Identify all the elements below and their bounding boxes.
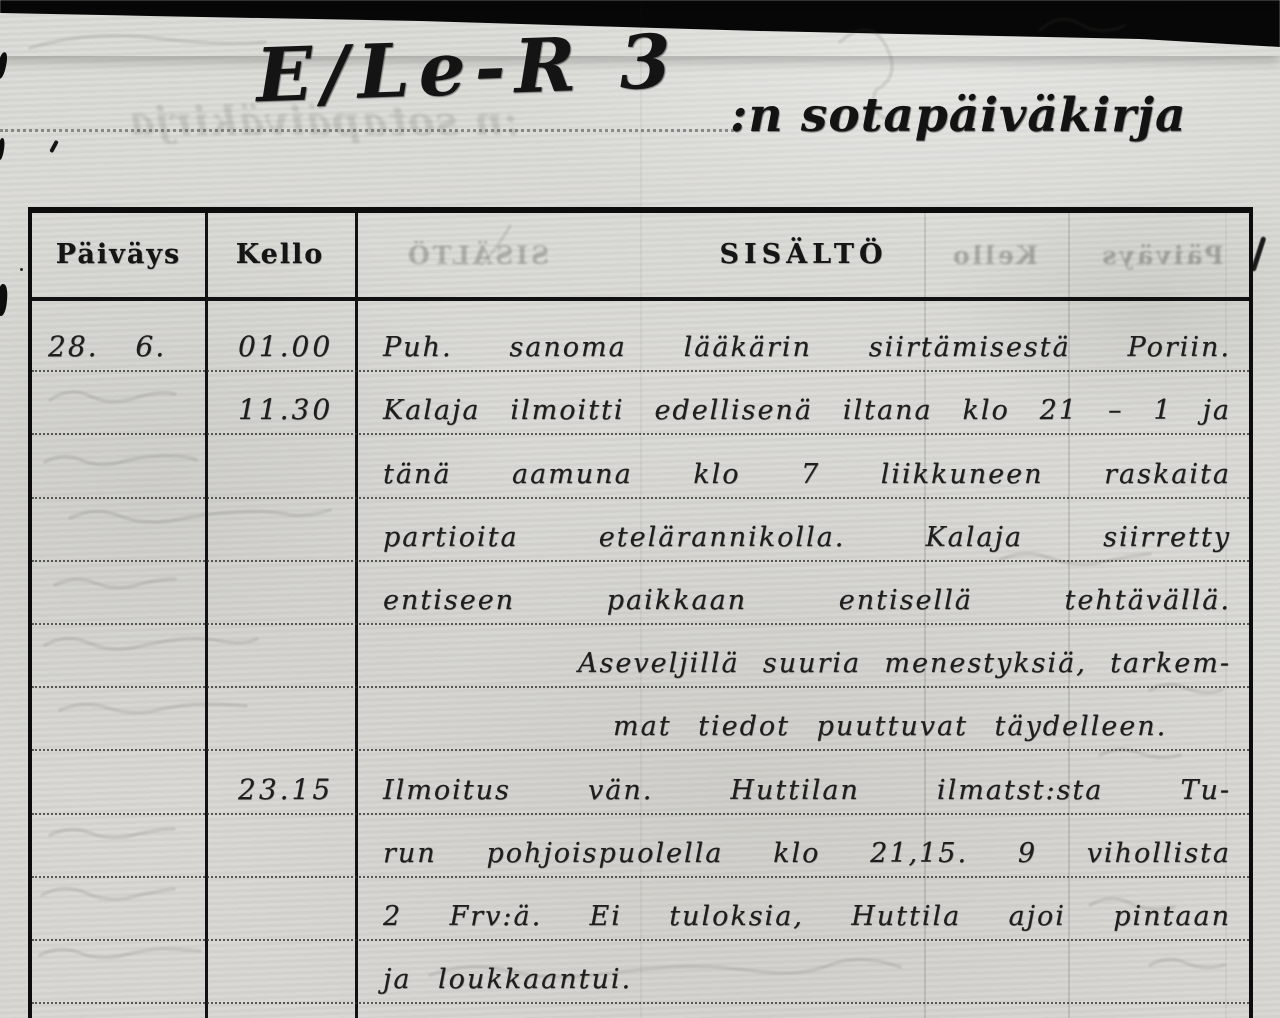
table-row: mat tiedot puuttuvat täydelleen. xyxy=(32,686,1249,751)
table-row: ja loukkaantui. xyxy=(32,939,1249,1004)
row-text: tänä aamuna klo 7 liikkuneen raskaita xyxy=(357,459,1243,490)
row-text: Aseveljillä suuria menestyksiä, tarkem- xyxy=(357,648,1243,679)
diary-table: SISÄLTÖ Kello Päiväys Päiväys Kello SISÄ… xyxy=(28,207,1253,1018)
row-text: Puh. sanoma lääkärin siirtämisestä Porii… xyxy=(357,332,1243,363)
row-text: mat tiedot puuttuvat täydelleen. xyxy=(357,711,1243,742)
row-date: 28. 6. xyxy=(48,330,198,363)
table-row: run pohjoispuolella klo 21,15. 9 viholli… xyxy=(32,813,1249,878)
row-text: Kalaja ilmoitti edellisenä iltana klo 21… xyxy=(357,395,1243,426)
row-text: run pohjoispuolella klo 21,15. 9 viholli… xyxy=(357,838,1243,869)
column-header-kello: Kello xyxy=(205,239,355,270)
table-row: entiseen paikkaan entisellä tehtävällä. xyxy=(32,560,1249,625)
table-row: tänä aamuna klo 7 liikkuneen raskaita xyxy=(32,433,1249,498)
row-text: 2 Frv:ä. Ei tuloksia, Huttila ajoi pinta… xyxy=(357,901,1243,932)
column-header-paivays: Päiväys xyxy=(32,239,205,270)
page-title-printed: :n sotapäiväkirja xyxy=(730,88,1186,143)
unit-designation-handwritten: E/Le-R 3 xyxy=(255,19,682,120)
title-dotted-line xyxy=(0,126,734,132)
table-row: partioita etelärannikolla. Kalaja siirre… xyxy=(32,497,1249,562)
scanned-war-diary-page: :n sotapäiväkirja E/Le-R 3 :n sotapäiväk… xyxy=(0,0,1280,1018)
table-header: SISÄLTÖ Kello Päiväys Päiväys Kello SISÄ… xyxy=(32,213,1249,301)
row-text: Ilmoitus vän. Huttilan ilmatst:sta Tu- xyxy=(357,775,1243,806)
row-text: entiseen paikkaan entisellä tehtävällä. xyxy=(357,585,1243,616)
row-text: partioita etelärannikolla. Kalaja siirre… xyxy=(357,522,1243,553)
column-header-sisalto: SISÄLTÖ xyxy=(358,239,1249,270)
table-row: 2 Frv:ä. Ei tuloksia, Huttila ajoi pinta… xyxy=(32,876,1249,941)
table-row: 28. 6. 01.00 Puh. sanoma lääkärin siirtä… xyxy=(32,307,1249,372)
table-row: Aseveljillä suuria menestyksiä, tarkem- xyxy=(32,623,1249,688)
row-text: ja loukkaantui. xyxy=(357,964,1243,995)
table-body: 28. 6. 01.00 Puh. sanoma lääkärin siirtä… xyxy=(32,307,1249,1018)
table-row: 11.30 Kalaja ilmoitti edellisenä iltana … xyxy=(32,370,1249,435)
table-row: 23.15 Ilmoitus vän. Huttilan ilmatst:sta… xyxy=(32,749,1249,814)
